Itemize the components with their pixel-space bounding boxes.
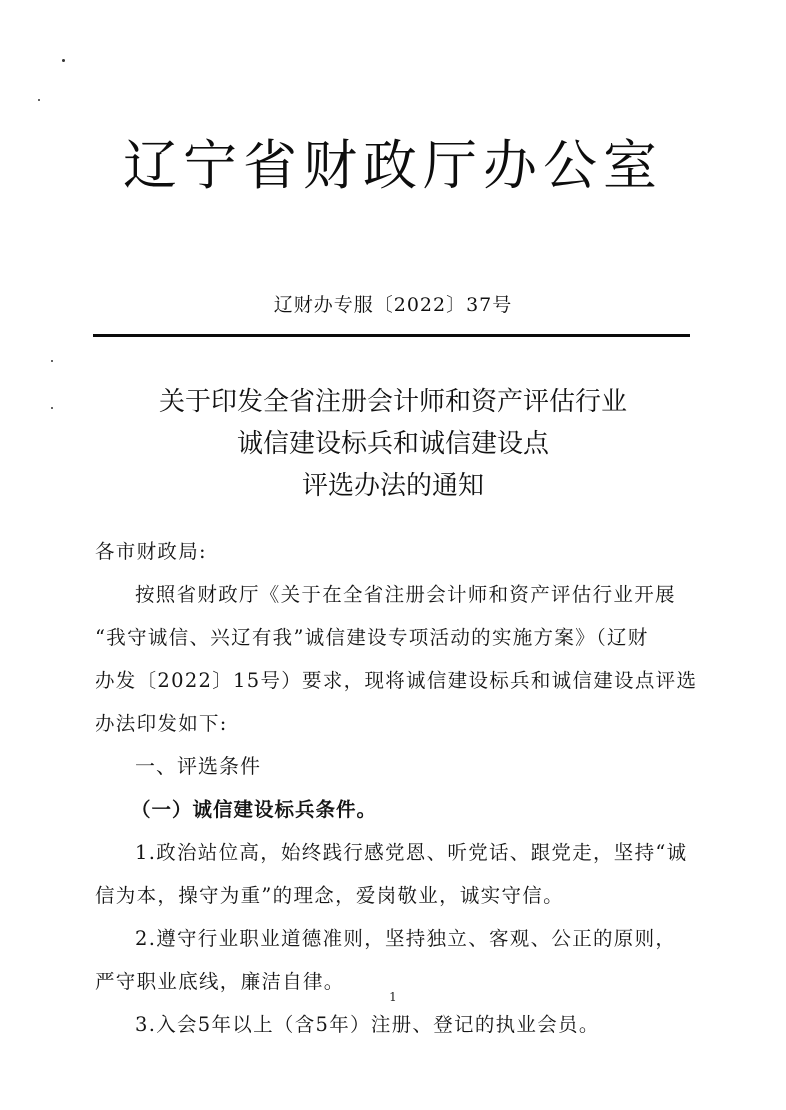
issuing-organization-title: 辽宁省财政厅办公室 <box>0 126 786 206</box>
intro-paragraph-line-1: 按照省财政厅《关于在全省注册会计师和资产评估行业开展 <box>95 573 695 616</box>
salutation: 各市财政局: <box>95 530 695 573</box>
notice-title: 关于印发全省注册会计师和资产评估行业 诚信建设标兵和诚信建设点 评选办法的通知 <box>0 381 786 507</box>
criteria-item-2-line-1: 2.遵守行业职业道德准则，坚持独立、客观、公正的原则， <box>95 917 695 960</box>
header-divider-rule <box>93 334 690 337</box>
notice-title-line-3: 评选办法的通知 <box>0 465 786 507</box>
criteria-item-1-line-2: 信为本，操守为重”的理念，爱岗敬业，诚实守信。 <box>95 874 695 917</box>
scan-speck <box>62 59 65 62</box>
notice-title-line-2: 诚信建设标兵和诚信建设点 <box>0 423 786 465</box>
subsection-heading-model-criteria: （一）诚信建设标兵条件。 <box>95 788 695 831</box>
scan-speck <box>51 360 53 362</box>
intro-paragraph-line-3: 办发〔2022〕15号）要求，现将诚信建设标兵和诚信建设点评选 <box>95 659 695 702</box>
document-body: 各市财政局: 按照省财政厅《关于在全省注册会计师和资产评估行业开展 “我守诚信、… <box>95 530 695 1046</box>
intro-paragraph-line-4: 办法印发如下: <box>95 702 695 745</box>
section-heading-selection-criteria: 一、评选条件 <box>95 745 695 788</box>
criteria-item-3-line-1: 3.入会5年以上（含5年）注册、登记的执业会员。 <box>95 1003 695 1046</box>
criteria-item-1-line-1: 1.政治站位高，始终践行感党恩、听党话、跟党走，坚持“诚 <box>95 831 695 874</box>
page-number: 1 <box>0 990 786 1004</box>
document-number: 辽财办专服〔2022〕37号 <box>0 290 786 320</box>
notice-title-line-1: 关于印发全省注册会计师和资产评估行业 <box>0 381 786 423</box>
intro-paragraph-line-2: “我守诚信、兴辽有我”诚信建设专项活动的实施方案》（辽财 <box>95 616 695 659</box>
scan-speck <box>38 99 40 101</box>
